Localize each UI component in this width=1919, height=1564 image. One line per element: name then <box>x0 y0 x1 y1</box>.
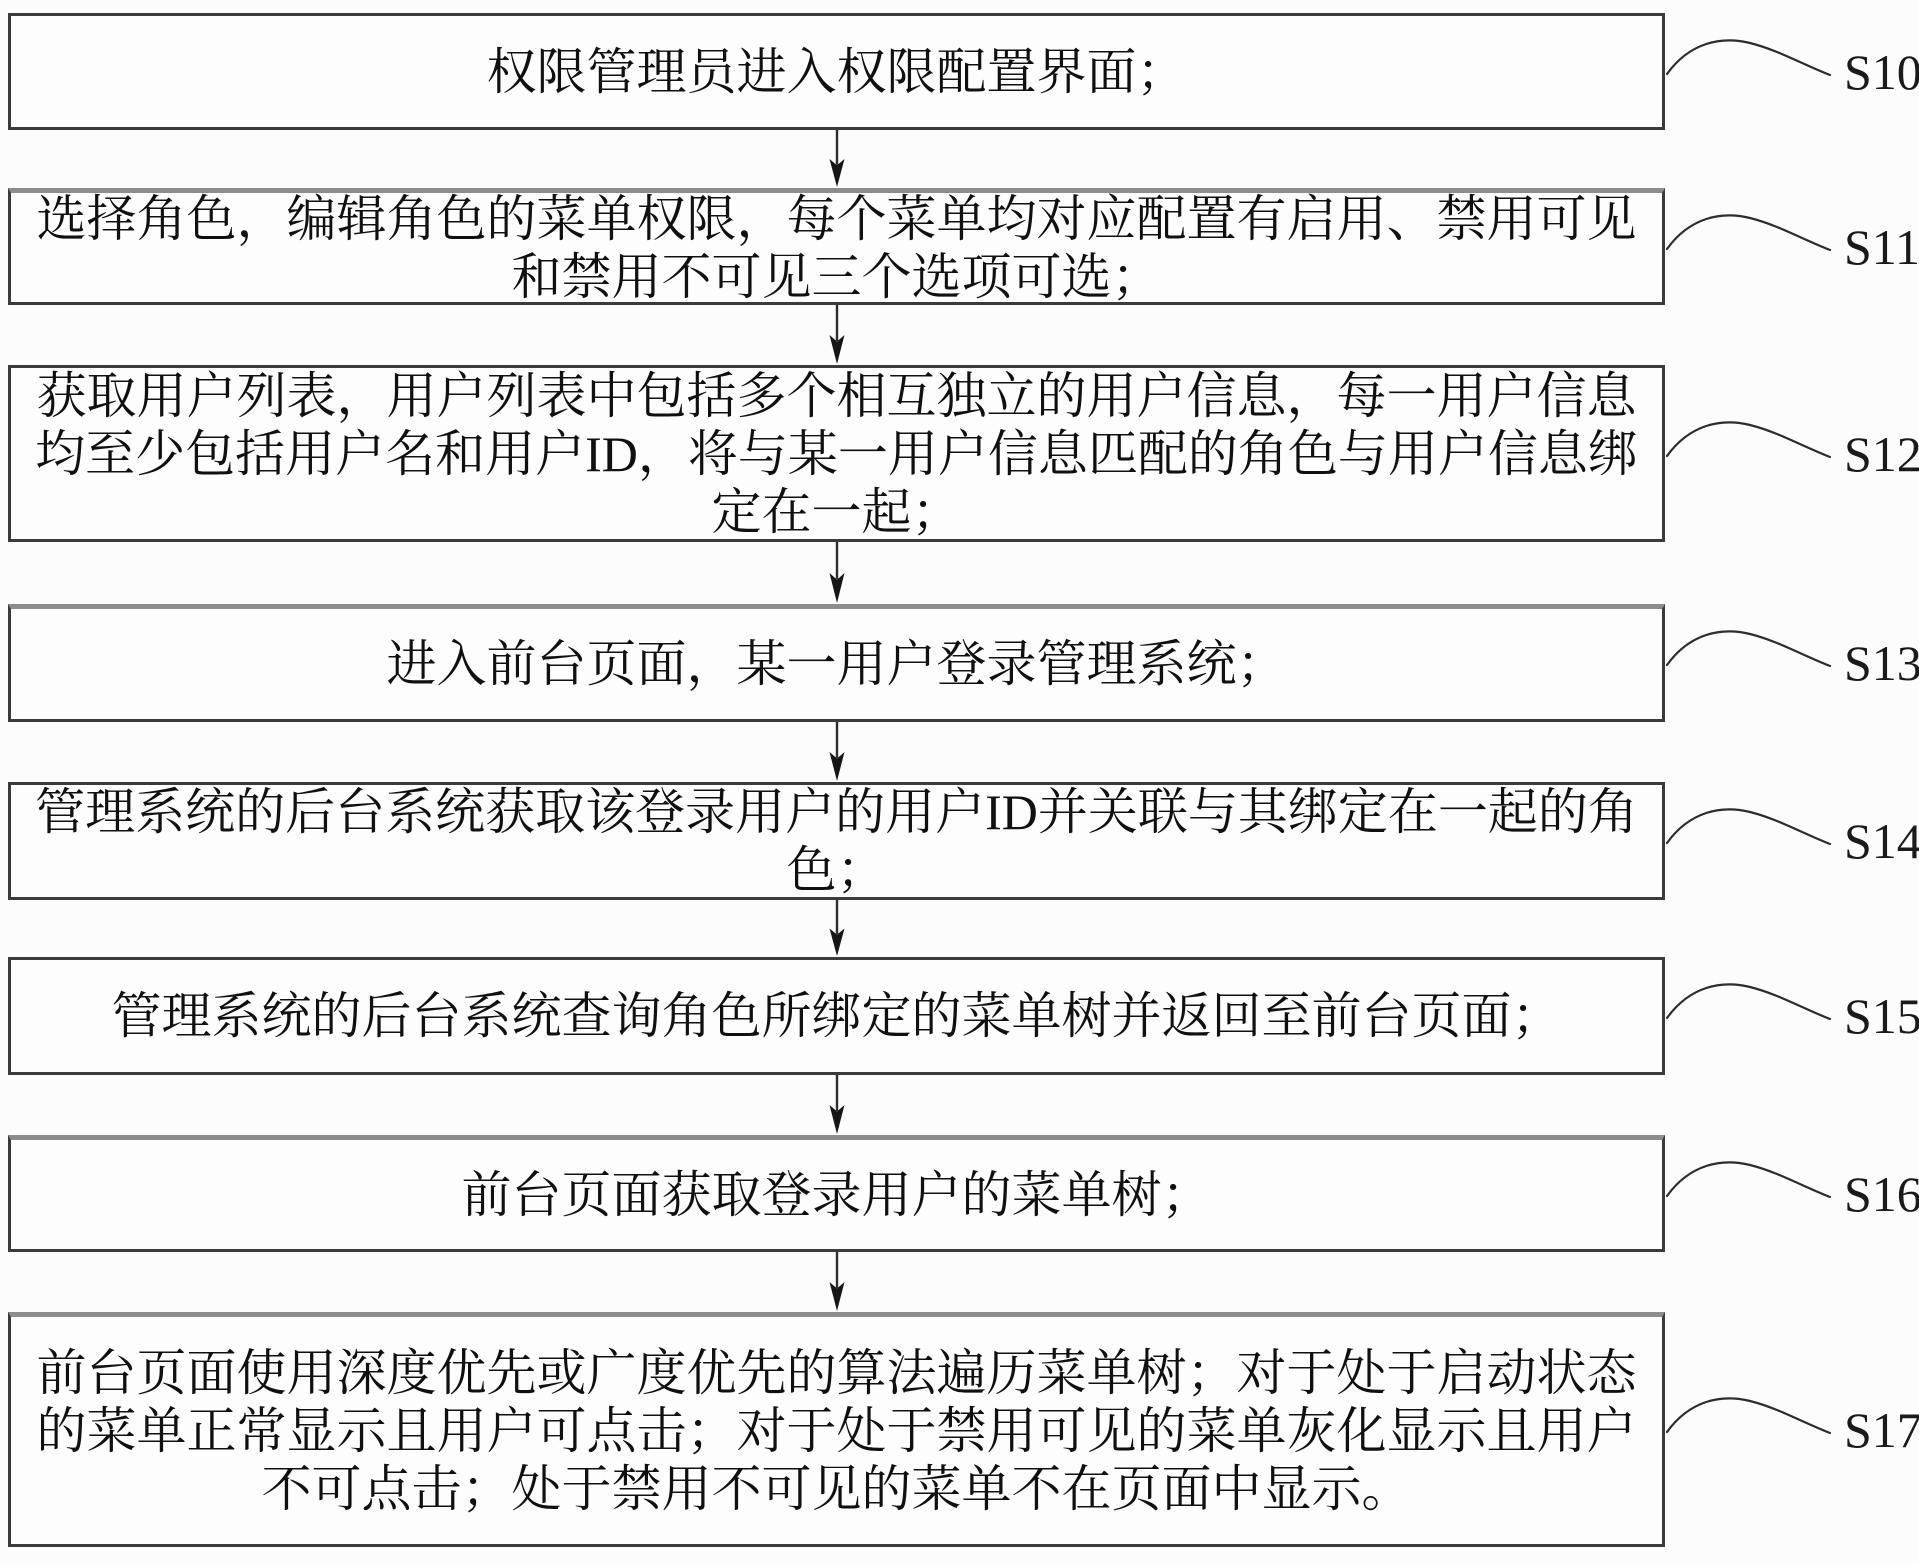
step-text-line: 的菜单正常显示且用户可点击；对于处于禁用可见的菜单灰化显示且用户 <box>37 1402 1637 1460</box>
flow-arrow <box>0 130 1919 188</box>
down-arrow-icon <box>823 305 851 365</box>
flow-step-row: 前台页面使用深度优先或广度优先的算法遍历菜单树；对于处于启动状态的菜单正常显示且… <box>0 1312 1919 1547</box>
flow-step-row: 前台页面获取登录用户的菜单树； S16 <box>0 1135 1919 1252</box>
reference-curve-icon <box>1664 625 1836 671</box>
reference-curve-icon <box>1664 803 1836 849</box>
down-arrow-icon <box>823 722 851 782</box>
step-label: S11 <box>1844 217 1919 277</box>
flow-step-row: 获取用户列表，用户列表中包括多个相互独立的用户信息，每一用户信息均至少包括用户名… <box>0 365 1919 542</box>
flow-step-row: 管理系统的后台系统查询角色所绑定的菜单树并返回至前台页面； S15 <box>0 957 1919 1075</box>
flow-step-box: 获取用户列表，用户列表中包括多个相互独立的用户信息，每一用户信息均至少包括用户名… <box>8 365 1665 542</box>
reference-curve-icon <box>1664 416 1836 462</box>
step-text-line: 获取用户列表，用户列表中包括多个相互独立的用户信息，每一用户信息 <box>37 367 1637 425</box>
step-text-line: 权限管理员进入权限配置界面； <box>487 43 1187 101</box>
flow-arrow <box>0 1252 1919 1312</box>
reference-curve-icon <box>1664 34 1836 80</box>
flow-arrow <box>0 305 1919 365</box>
flow-step-box: 管理系统的后台系统获取该登录用户的用户ID并关联与其绑定在一起的角色； <box>8 782 1665 900</box>
step-reference: S14 <box>1662 811 1917 871</box>
step-text-line: 管理系统的后台系统查询角色所绑定的菜单树并返回至前台页面； <box>112 987 1562 1045</box>
step-reference: S13 <box>1662 633 1917 693</box>
step-text-line: 选择角色，编辑角色的菜单权限，每个菜单均对应配置有启用、禁用可见 <box>37 190 1637 248</box>
down-arrow-icon <box>823 900 851 957</box>
step-text-line: 均至少包括用户名和用户ID，将与某一用户信息匹配的角色与用户信息绑 <box>35 425 1638 483</box>
down-arrow-icon <box>823 1075 851 1135</box>
step-label: S10 <box>1844 42 1919 102</box>
step-reference: S11 <box>1662 217 1917 277</box>
down-arrow-icon <box>823 1252 851 1312</box>
step-reference: S16 <box>1662 1164 1917 1224</box>
step-label: S16 <box>1844 1164 1919 1224</box>
step-text-line: 管理系统的后台系统获取该登录用户的用户ID并关联与其绑定在一起的角 <box>35 783 1638 841</box>
flow-step-box: 选择角色，编辑角色的菜单权限，每个菜单均对应配置有启用、禁用可见和禁用不可见三个… <box>8 188 1665 305</box>
step-label: S15 <box>1844 986 1919 1046</box>
step-label: S17 <box>1844 1400 1919 1460</box>
flow-step-box: 进入前台页面，某一用户登录管理系统； <box>8 604 1665 722</box>
reference-curve-icon <box>1664 209 1836 255</box>
flow-arrow <box>0 900 1919 957</box>
down-arrow-icon <box>823 130 851 188</box>
flow-step-row: 管理系统的后台系统获取该登录用户的用户ID并关联与其绑定在一起的角色； S14 <box>0 782 1919 900</box>
step-text-line: 色； <box>787 841 887 899</box>
reference-curve-icon <box>1664 1392 1836 1438</box>
step-reference: S15 <box>1662 986 1917 1046</box>
down-arrow-icon <box>823 542 851 604</box>
flow-step-box: 前台页面使用深度优先或广度优先的算法遍历菜单树；对于处于启动状态的菜单正常显示且… <box>8 1312 1665 1547</box>
step-label: S14 <box>1844 811 1919 871</box>
flow-step-box: 管理系统的后台系统查询角色所绑定的菜单树并返回至前台页面； <box>8 957 1665 1075</box>
flow-step-box: 前台页面获取登录用户的菜单树； <box>8 1135 1665 1252</box>
flow-step-row: 进入前台页面，某一用户登录管理系统； S13 <box>0 604 1919 722</box>
flow-step-box: 权限管理员进入权限配置界面； <box>8 13 1665 130</box>
step-label: S13 <box>1844 633 1919 693</box>
step-text-line: 进入前台页面，某一用户登录管理系统； <box>387 635 1287 693</box>
step-reference: S10 <box>1662 42 1917 102</box>
reference-curve-icon <box>1664 1156 1836 1202</box>
step-text-line: 定在一起； <box>712 483 962 541</box>
step-text-line: 不可点击；处于禁用不可见的菜单不在页面中显示。 <box>262 1460 1412 1518</box>
flow-arrow <box>0 722 1919 782</box>
flow-step-row: 权限管理员进入权限配置界面； S10 <box>0 13 1919 130</box>
flowchart: 权限管理员进入权限配置界面； S10 选择角色，编辑角色的菜单权限，每个菜单均对… <box>0 0 1919 1547</box>
reference-curve-icon <box>1664 978 1836 1024</box>
step-reference: S12 <box>1662 424 1917 484</box>
step-text-line: 和禁用不可见三个选项可选； <box>512 248 1162 306</box>
step-text-line: 前台页面使用深度优先或广度优先的算法遍历菜单树；对于处于启动状态 <box>37 1344 1637 1402</box>
flow-arrow <box>0 1075 1919 1135</box>
step-label: S12 <box>1844 424 1919 484</box>
flow-step-row: 选择角色，编辑角色的菜单权限，每个菜单均对应配置有启用、禁用可见和禁用不可见三个… <box>0 188 1919 305</box>
step-text-line: 前台页面获取登录用户的菜单树； <box>462 1166 1212 1224</box>
flow-arrow <box>0 542 1919 604</box>
step-reference: S17 <box>1662 1400 1917 1460</box>
